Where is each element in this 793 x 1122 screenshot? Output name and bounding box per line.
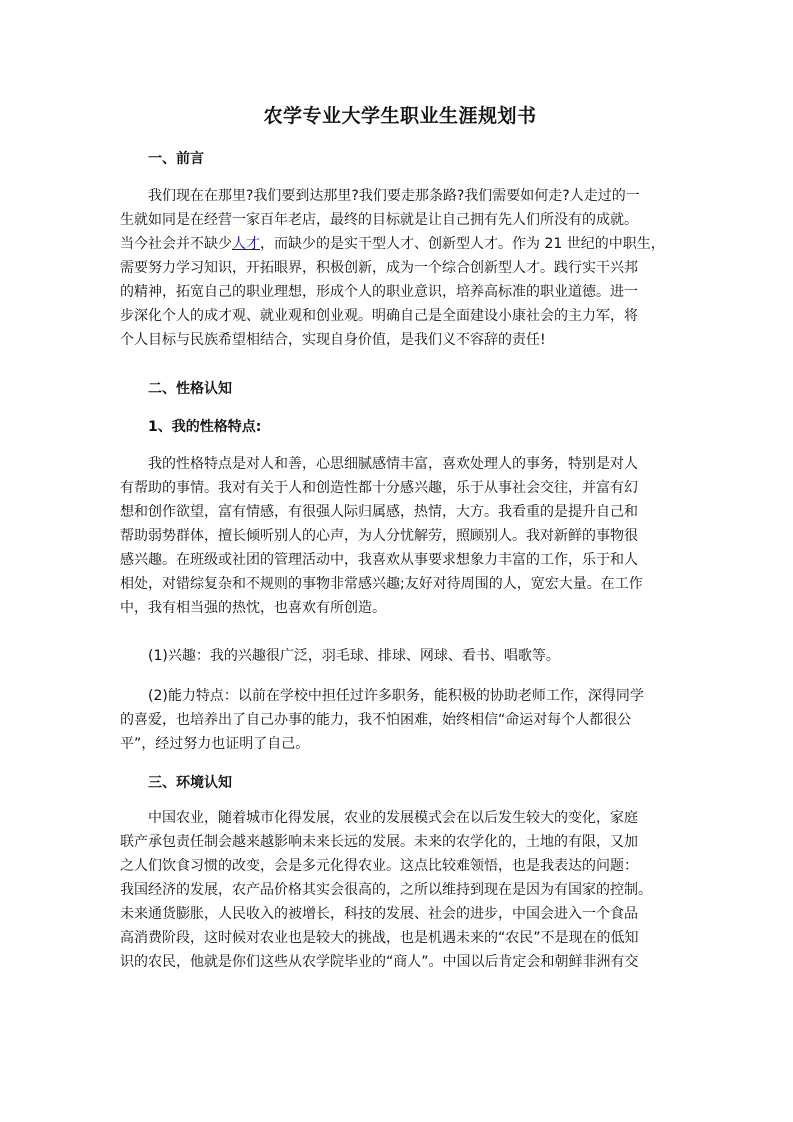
text-line: 高消费阶段，这时候对农业也是较大的挑战，也是机遇未来的“农民”不是现在的低知 [120, 926, 680, 950]
text-line: 我国经济的发展，农产品价格其实会很高的，之所以维持到现在是因为有国家的控制。 [120, 878, 680, 902]
text-line: 感兴趣。在班级或社团的管理活动中，我喜欢从事要求想象力丰富的工作，乐于和人 [120, 548, 680, 572]
text-line: (2)能力特点：以前在学校中担任过许多职务，能积极的协助老师工作，深得同学 [120, 684, 680, 708]
paragraph-abilities: (2)能力特点：以前在学校中担任过许多职务，能积极的协助老师工作，深得同学 的喜… [120, 684, 680, 756]
paragraph-personality: 我的性格特点是对人和善，心思细腻感情丰富，喜欢处理人的事务，特别是对人 有帮助的… [120, 452, 680, 620]
text-line: 生就如同是在经营一家百年老店，最终的目标就是让自己拥有先人们所没有的成就。 [120, 208, 680, 232]
text-segment: ，而缺少的是实干型人才、创新型人才。作为 21 世纪的中职生， [260, 236, 665, 252]
section-heading-preface: 一、前言 [148, 148, 204, 168]
paragraph-interests: (1)兴趣：我的兴趣很广泛，羽毛球、排球、网球、看书、唱歌等。 [120, 644, 680, 668]
paragraph-environment: 中国农业，随着城市化得发展，农业的发展模式会在以后发生较大的变化，家庭 联产承包… [120, 806, 680, 974]
text-line: 联产承包责任制会越来越影响未来长远的发展。未来的农学化的，土地的有限，又加 [120, 830, 680, 854]
subheading-personality-traits: 1、我的性格特点: [148, 416, 261, 436]
text-line: 的喜爱，也培养出了自己办事的能力，我不怕困难，始终相信“命运对每个人都很公 [120, 708, 680, 732]
text-line: 相处，对错综复杂和不规则的事物非常感兴趣;友好对待周围的人，宽宏大量。在工作 [120, 572, 680, 596]
text-line: 未来通货膨胀，人民收入的被增长，科技的发展、社会的进步，中国会进入一个食品 [120, 902, 680, 926]
text-line: 帮助弱势群体，擅长倾听别人的心声，为人分忧解劳，照顾别人。我对新鲜的事物很 [120, 524, 680, 548]
text-line: 的精神，拓宽自己的职业理想，形成个人的职业意识，培养高标准的职业道德。进一 [120, 280, 680, 304]
text-line: 中，我有相当强的热忱，也喜欢有所创造。 [120, 596, 680, 620]
text-line: 之人们饮食习惯的改变，会是多元化得农业。这点比较难领悟，也是我表达的问题： [120, 854, 680, 878]
text-line: 想和创作欲望，富有情感，有很强人际归属感，热情，大方。我看重的是提升自己和 [120, 500, 680, 524]
text-line: 我们现在在那里?我们要到达那里?我们要走那条路?我们需要如何走?人走过的一 [120, 184, 680, 208]
text-line-with-link: 当今社会并不缺少人才，而缺少的是实干型人才、创新型人才。作为 21 世纪的中职生… [120, 232, 680, 256]
text-line: 识的农民，他就是你们这些从农学院毕业的“商人”。中国以后肯定会和朝鲜非洲有交 [120, 950, 680, 974]
text-line: 个人目标与民族希望相结合，实现自身价值，是我们义不容辞的责任! [120, 328, 680, 352]
text-line: 需要努力学习知识，开拓眼界，积极创新，成为一个综合创新型人才。践行实干兴邦 [120, 256, 680, 280]
document-title: 农学专业大学生职业生涯规划书 [120, 101, 680, 128]
text-line: 步深化个人的成才观、就业观和创业观。明确自己是全面建设小康社会的主力军，将 [120, 304, 680, 328]
text-line: 中国农业，随着城市化得发展，农业的发展模式会在以后发生较大的变化，家庭 [120, 806, 680, 830]
talent-link[interactable]: 人才 [232, 236, 260, 252]
paragraph-preface: 我们现在在那里?我们要到达那里?我们要走那条路?我们需要如何走?人走过的一 生就… [120, 184, 680, 352]
text-line: (1)兴趣：我的兴趣很广泛，羽毛球、排球、网球、看书、唱歌等。 [120, 644, 680, 668]
section-heading-personality: 二、性格认知 [148, 378, 232, 398]
text-line: 我的性格特点是对人和善，心思细腻感情丰富，喜欢处理人的事务，特别是对人 [120, 452, 680, 476]
text-line: 平”，经过努力也证明了自己。 [120, 732, 680, 756]
section-heading-environment: 三、环境认知 [148, 772, 232, 792]
text-line: 有帮助的事情。我对有关于人和创造性都十分感兴趣，乐于从事社会交往，并富有幻 [120, 476, 680, 500]
text-segment: 当今社会并不缺少 [120, 236, 232, 252]
